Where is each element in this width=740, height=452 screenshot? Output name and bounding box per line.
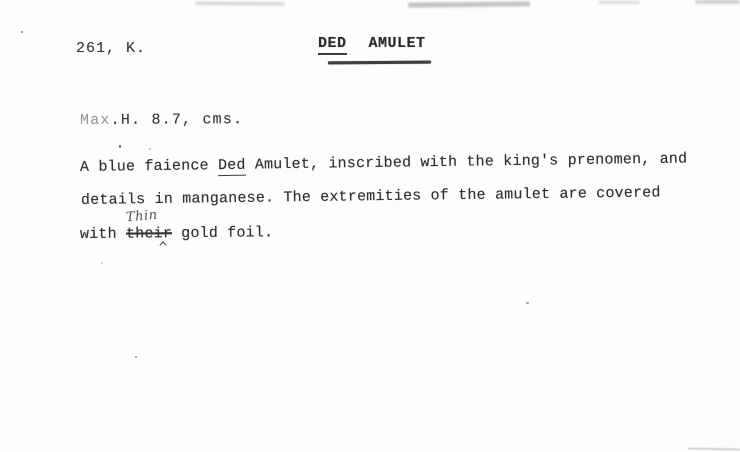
description-line3-post: gold foil. (172, 224, 273, 242)
measurement-value: 8.7, cms. (141, 111, 243, 129)
description-line-2: details in manganese. The extremities of… (81, 184, 661, 209)
measurement-prefix-dark: .H. (111, 112, 142, 129)
scanned-catalog-card: 261, K. DEDAMULET Max.H. 8.7, cms. A blu… (0, 0, 740, 452)
description-line3-pre: with (80, 226, 126, 243)
measurement-prefix-light: Max (80, 112, 111, 129)
measurement-line: Max.H. 8.7, cms. (80, 111, 243, 129)
scan-speck (101, 262, 103, 264)
scan-smudge (408, 1, 530, 7)
title-word-amulet: AMULET (369, 35, 426, 52)
ref-number: 261, K. (76, 40, 146, 57)
scan-smudge (598, 1, 640, 4)
scan-smudge (695, 0, 740, 4)
scan-smudge (688, 448, 740, 451)
description-word-ded-underlined: Ded (218, 157, 246, 176)
description-line1-post: Amulet, inscribed with the king's prenom… (246, 151, 688, 174)
description-line-1: A blue faience Ded Amulet, inscribed wit… (80, 151, 687, 176)
scan-speck (526, 302, 529, 304)
scan-speck (149, 148, 151, 150)
insertion-caret-icon: ^ (158, 239, 168, 256)
scan-speck (135, 356, 137, 358)
scan-smudge (195, 2, 285, 6)
handwritten-correction: Thin (125, 208, 158, 226)
title-underline (328, 61, 431, 64)
description-line1-pre: A blue faience (80, 157, 218, 176)
scan-speck (21, 31, 23, 33)
description-line-3: with their gold foil. (80, 224, 273, 243)
title-word-ded: DED (318, 35, 347, 55)
page-title: DEDAMULET (318, 35, 426, 52)
scan-speck (119, 145, 121, 148)
